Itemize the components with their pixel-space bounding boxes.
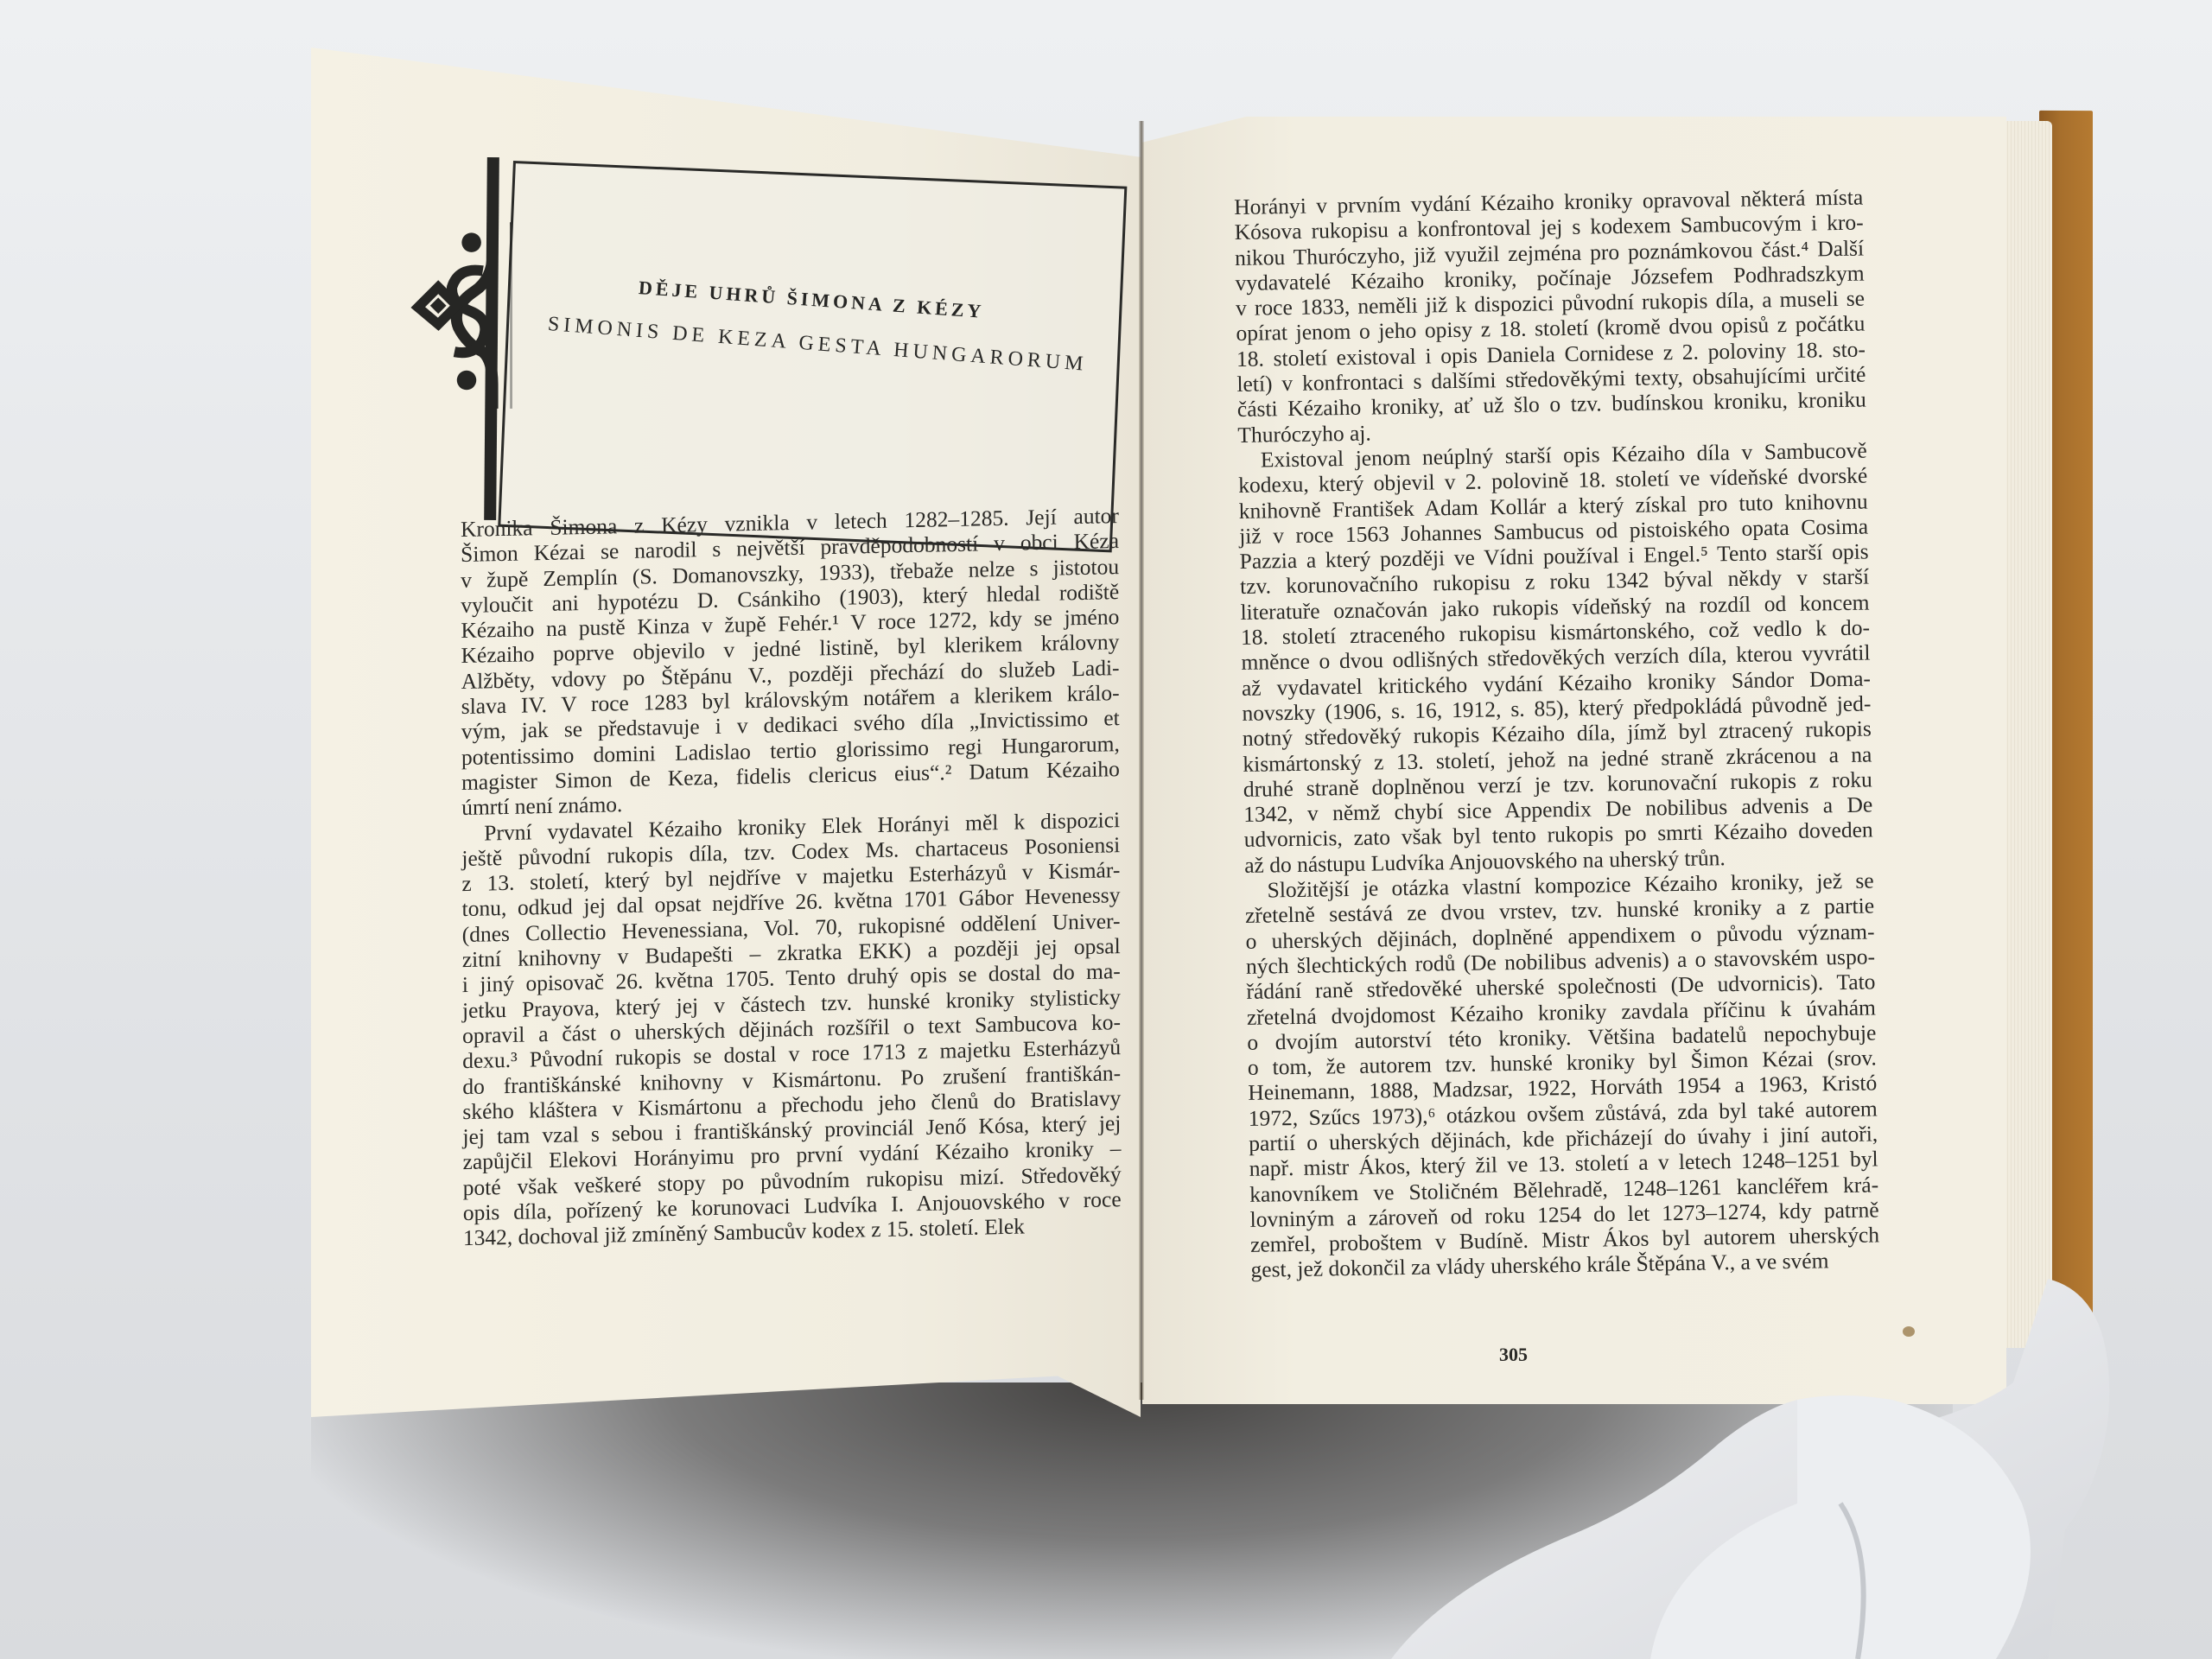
paragraph: Kronika Šimona z Kézy vznikla v letech 1…: [461, 503, 1120, 821]
paragraph: Horányi v prvním vydání Kézaiho kroniky …: [1234, 185, 1867, 448]
paragraph: První vydavatel Kézaiho kroniky Elek Hor…: [461, 807, 1122, 1251]
right-page-body: Horányi v prvním vydání Kézaiho kroniky …: [1234, 185, 1880, 1283]
paragraph: Složitější je otázka vlastní kompozice K…: [1244, 868, 1879, 1282]
left-page-body: Kronika Šimona z Kézy vznikla v letech 1…: [461, 503, 1122, 1251]
paragraph: Existoval jenom neúplný starší opis Kéza…: [1238, 437, 1874, 877]
book-gutter: [1139, 121, 1144, 1400]
white-glove-hand: [1391, 1244, 2169, 1659]
photo-scene: DĚJE UHRŮ ŠIMONA Z KÉZY SIMONIS DE KEZA …: [0, 0, 2212, 1659]
